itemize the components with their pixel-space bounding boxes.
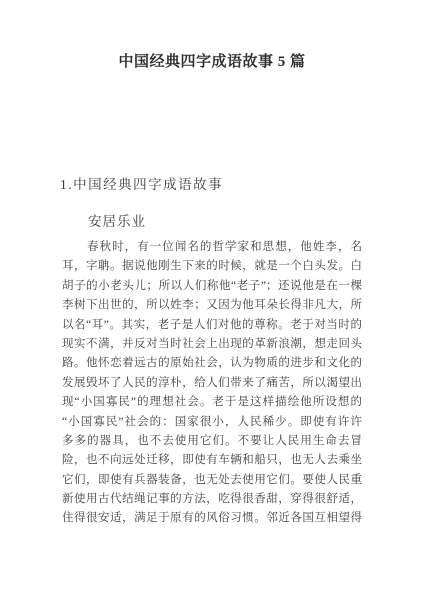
section-heading: 1.中国经典四字成语故事 [60, 176, 223, 194]
paragraph-line: 险，也不向远处迁移，即使有车辆和船只，也无人去乘坐 [62, 451, 362, 470]
paragraph-line: 耳，字聃。据说他刚生下来的时候，就是一个白头发。白 [62, 257, 362, 276]
paragraph-line: 新使用古代结绳记事的方法，吃得很香甜，穿得很舒适， [62, 490, 362, 509]
paragraph-line: 路。他怀恋着远古的原始社会，认为物质的进步和文化的 [62, 354, 362, 373]
paragraph-line: 现实不满，并反对当时社会上出现的革新浪潮，想走回头 [62, 335, 362, 354]
paragraph-line: 李树下出世的，所以姓李；又因为他耳朵长得非凡大，所 [62, 296, 362, 315]
paragraph-line: 它们，即使有兵器装备，也无处去使用它们。要使人民重 [62, 471, 362, 490]
paragraph-line: 现“小国寡民”的理想社会。老于是这样描绘他所设想的 [62, 393, 362, 412]
paragraph-line: 以名“耳”。其实，老子是人们对他的尊称。老于对当时的 [62, 316, 362, 335]
paragraph-line: 春秋时，有一位闻名的哲学家和思想，他姓李，名 [62, 238, 362, 257]
paragraph: 春秋时，有一位闻名的哲学家和思想，他姓李，名耳，字聃。据说他刚生下来的时候，就是… [62, 238, 362, 529]
idiom-title: 安居乐业 [88, 213, 146, 231]
document-page: 中国经典四字成语故事 5 篇 1.中国经典四字成语故事 安居乐业 春秋时，有一位… [0, 0, 424, 600]
paragraph-line: 多多的器具，也不去使用它们。不要让人民用生命去冒 [62, 432, 362, 451]
paragraph-line: 胡子的小老头儿；所以人们称他“老子”；还说他是在一棵 [62, 277, 362, 296]
paragraph-line: “小国寡民”社会的：国家很小，人民稀少。即使有许许 [62, 413, 362, 432]
paragraph-line: 发展毁坏了人民的淳朴，给人们带来了痛苦，所以渴望出 [62, 374, 362, 393]
paragraph-line: 住得很安适，满足于原有的风俗习惯。邻近各国互相望得 [62, 509, 362, 528]
document-title: 中国经典四字成语故事 5 篇 [0, 52, 424, 73]
